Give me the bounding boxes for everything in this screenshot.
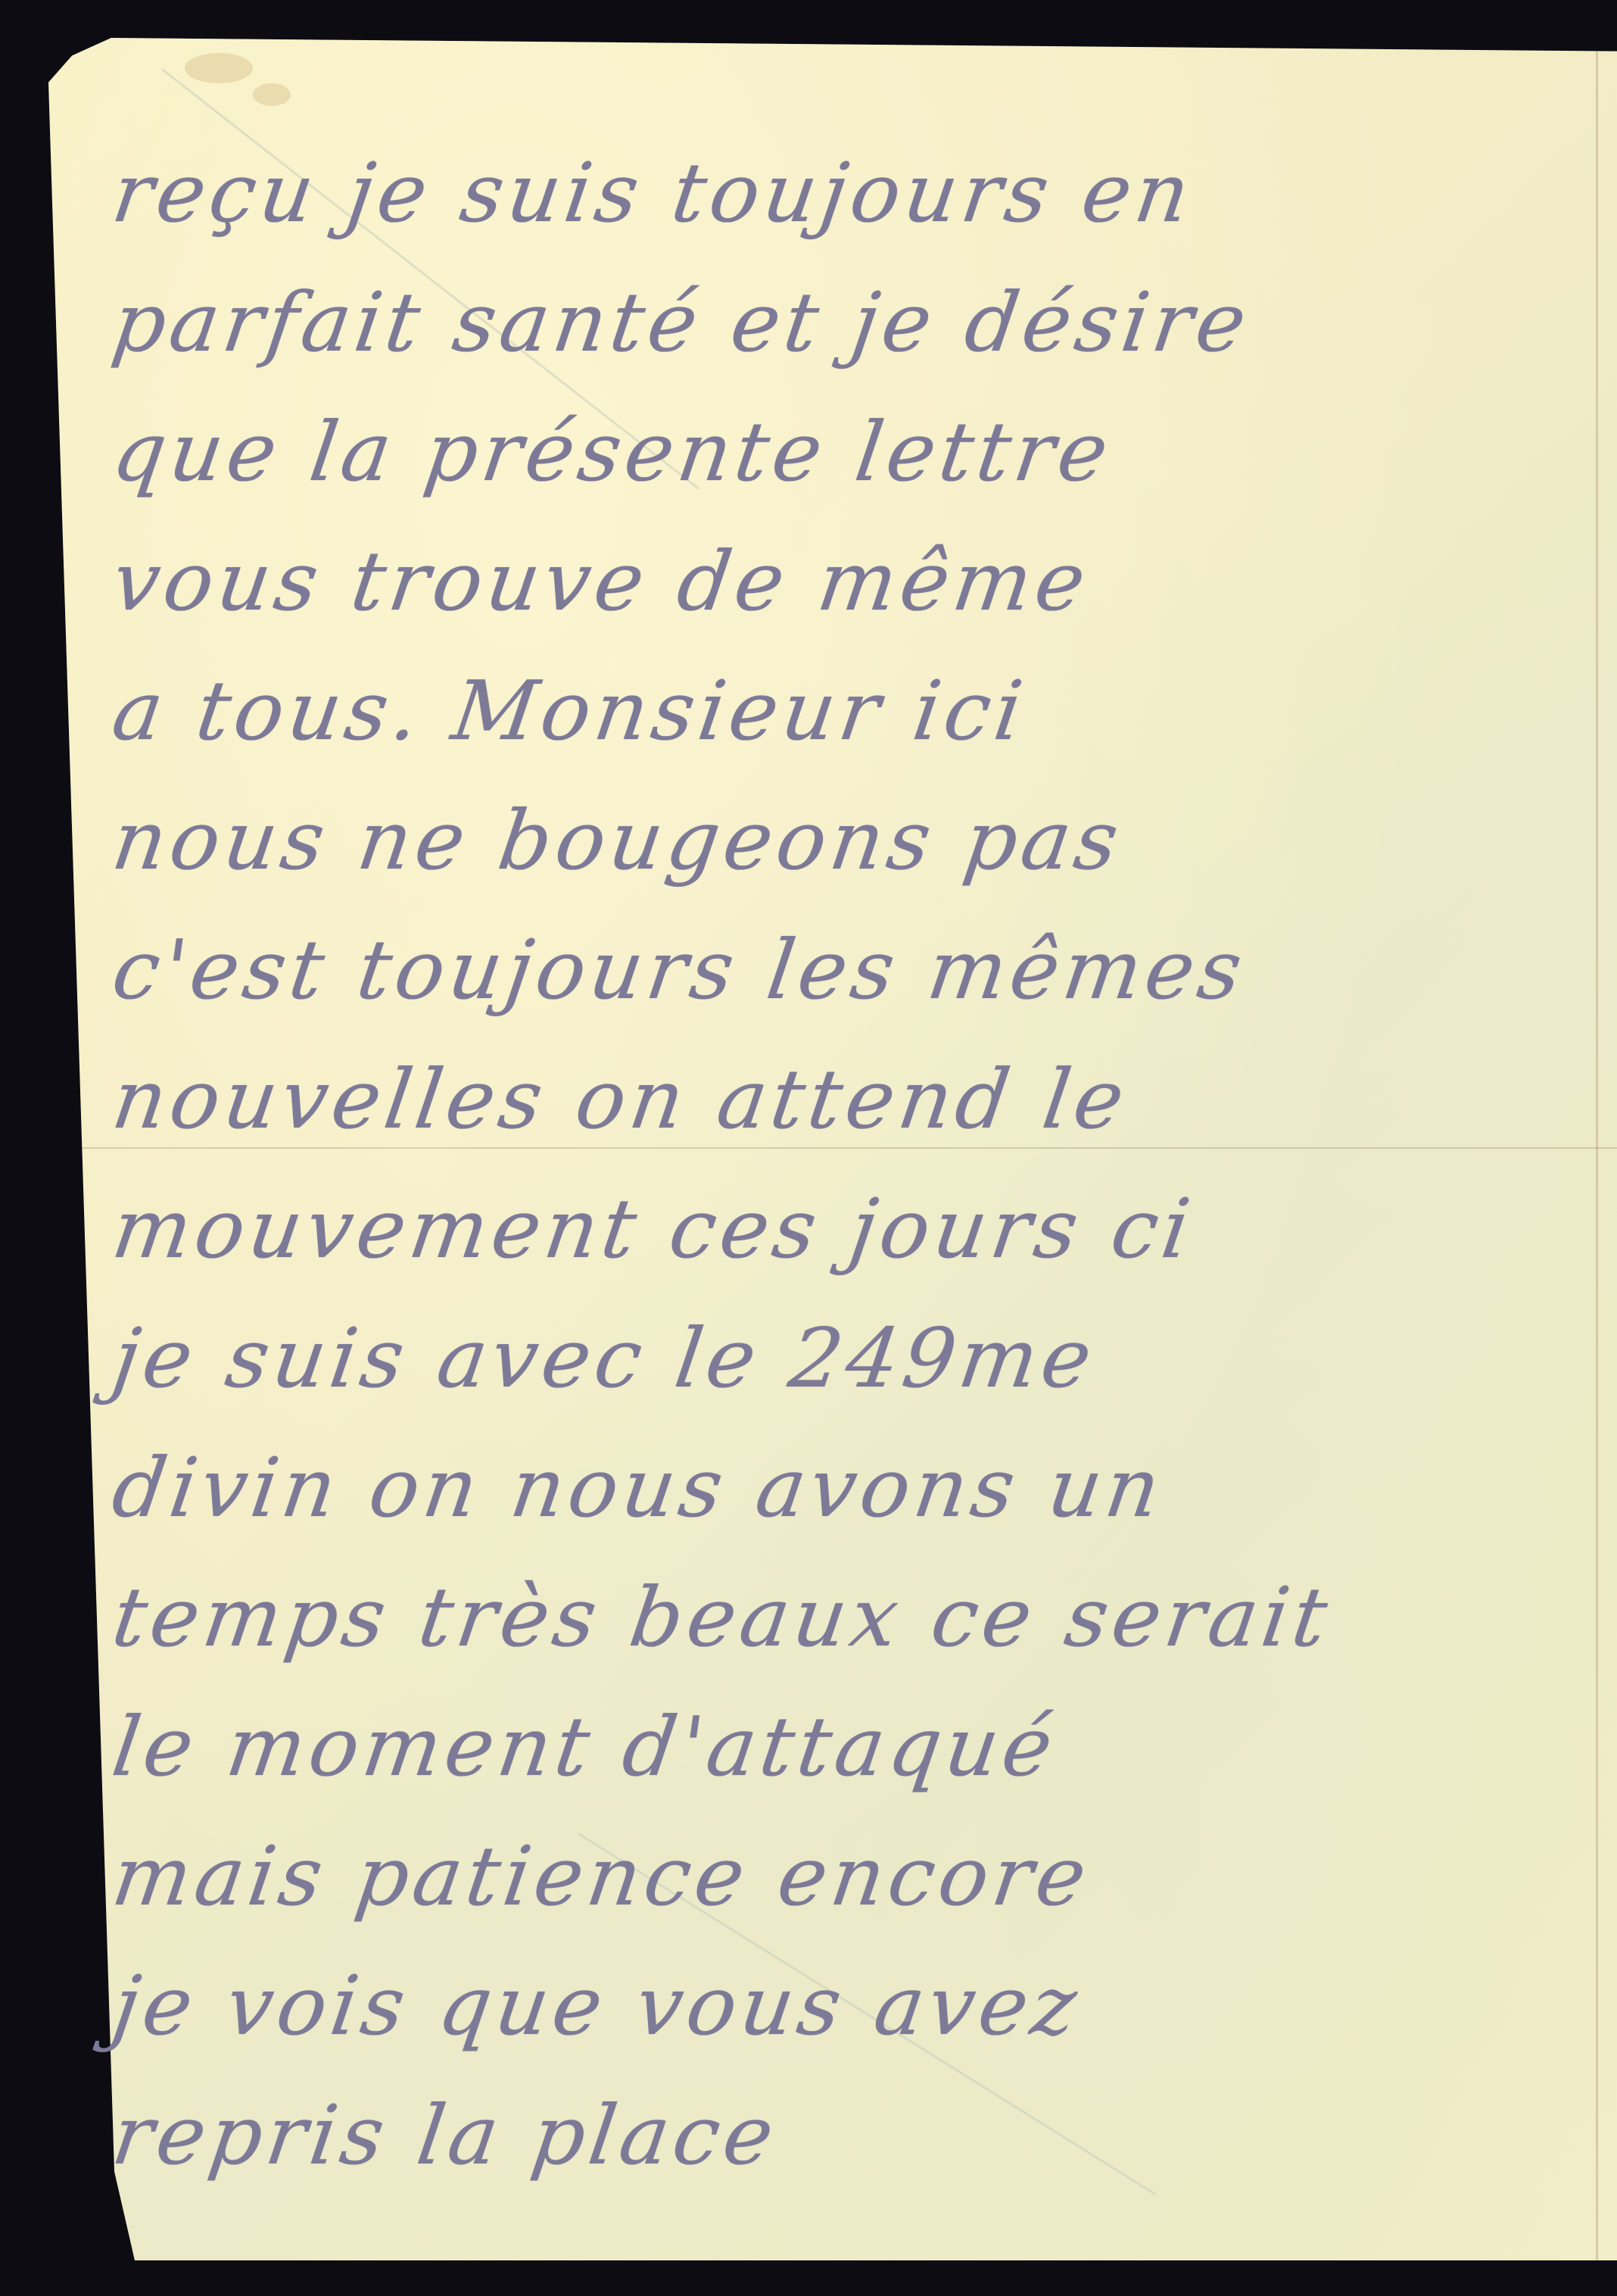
- text-line: c'est toujours les mêmes: [104, 906, 1561, 1035]
- text-line: repris la place: [104, 2071, 1561, 2201]
- text-line: a tous. Monsieur ici: [104, 647, 1561, 776]
- text-line: divin on nous avons un: [104, 1424, 1561, 1553]
- text-line: parfait santé et je désire: [104, 258, 1561, 388]
- text-line: le moment d'attaqué: [104, 1683, 1561, 1812]
- handwritten-text: reçu je suis toujours en parfait santé e…: [114, 129, 1552, 2201]
- text-line: vous trouve de même: [104, 517, 1561, 647]
- text-line: reçu je suis toujours en: [104, 129, 1561, 258]
- text-line: mais patience encore: [104, 1812, 1561, 1942]
- vertical-fold: [1596, 38, 1598, 2260]
- text-line: je suis avec le 249me: [104, 1294, 1561, 1424]
- paper-stain: [185, 53, 253, 83]
- text-line: nous ne bougeons pas: [104, 776, 1561, 906]
- text-line: je vois que vous avez: [104, 1942, 1561, 2071]
- paper-stain: [253, 83, 291, 106]
- text-line: que la présente lettre: [104, 388, 1561, 517]
- text-line: nouvelles on attend le: [104, 1035, 1561, 1165]
- text-line: mouvement ces jours ci: [104, 1165, 1561, 1294]
- text-line: temps très beaux ce serait: [104, 1553, 1561, 1683]
